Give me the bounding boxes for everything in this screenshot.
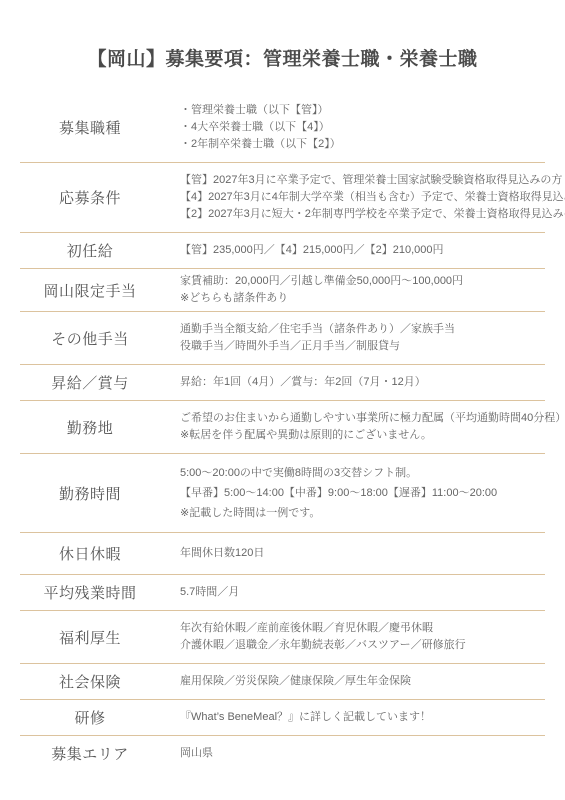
row-content: ご希望のお住まいから通勤しやすい事業所に極力配属（平均通勤時間40分程）※転居を… [160, 401, 565, 453]
row-content-line: 昇給：年1回（4月）／賞与：年2回（7月・12月） [180, 374, 545, 391]
row-content-line: 介護休暇／退職金／永年勤続表彰／バスツアー／研修旅行 [180, 637, 545, 654]
table-row: 休日休暇 年間休日数120日 [20, 533, 545, 575]
row-content-line: 【早番】5:00～14:00【中番】9:00～18:00【遅番】11:00～20… [180, 483, 545, 503]
row-content-line: 役職手当／時間外手当／正月手当／制服貸与 [180, 338, 545, 355]
table-row: 勤務地 ご希望のお住まいから通勤しやすい事業所に極力配属（平均通勤時間40分程）… [20, 401, 545, 454]
row-content-line: ・管理栄養士職（以下【管】） [180, 102, 545, 119]
table-row: 岡山限定手当 家賃補助：20,000円／引越し準備金50,000円～100,00… [20, 269, 545, 312]
row-label: 平均残業時間 [20, 575, 160, 610]
row-content-line: ※記載した時間は一例です。 [180, 503, 545, 523]
row-content-line: 5.7時間／月 [180, 584, 545, 601]
job-requirements-page: 【岡山】募集要項：管理栄養士職・栄養士職 募集職種 ・管理栄養士職（以下【管】）… [0, 0, 565, 800]
table-row: 昇給／賞与 昇給：年1回（4月）／賞与：年2回（7月・12月） [20, 365, 545, 401]
row-label: 福利厚生 [20, 611, 160, 663]
table-row: 募集エリア 岡山県 [20, 736, 545, 771]
row-content: 通勤手当全額支給／住宅手当（諸条件あり）／家族手当役職手当／時間外手当／正月手当… [160, 312, 545, 364]
row-content-line: ・4大卒栄養士職（以下【4】） [180, 119, 545, 136]
row-content-line: 雇用保険／労災保険／健康保険／厚生年金保険 [180, 673, 545, 690]
row-label: 募集エリア [20, 736, 160, 771]
row-content-line: 年間休日数120日 [180, 545, 545, 562]
requirements-table: 募集職種 ・管理栄養士職（以下【管】）・4大卒栄養士職（以下【4】）・2年制卒栄… [20, 93, 545, 771]
row-label: 社会保険 [20, 664, 160, 699]
row-content: 【管】235,000円／【4】215,000円／【2】210,000円 [160, 233, 545, 268]
table-row: 初任給 【管】235,000円／【4】215,000円／【2】210,000円 [20, 233, 545, 269]
row-content-line: 【管】235,000円／【4】215,000円／【2】210,000円 [180, 242, 545, 259]
table-row: その他手当 通勤手当全額支給／住宅手当（諸条件あり）／家族手当役職手当／時間外手… [20, 312, 545, 365]
table-row: 応募条件 【管】2027年3月に卒業予定で、管理栄養士国家試験受験資格取得見込み… [20, 163, 545, 233]
row-content-line: ※転居を伴う配属や異動は原則的にございません。 [180, 427, 565, 444]
row-content: 家賃補助：20,000円／引越し準備金50,000円～100,000円※どちらも… [160, 269, 545, 311]
row-content: 5:00～20:00の中で実働8時間の3交替シフト制。【早番】5:00～14:0… [160, 454, 545, 532]
row-label: 初任給 [20, 233, 160, 268]
row-label: 昇給／賞与 [20, 365, 160, 400]
row-content-line: 年次有給休暇／産前産後休暇／育児休暇／慶弔休暇 [180, 620, 545, 637]
table-row: 募集職種 ・管理栄養士職（以下【管】）・4大卒栄養士職（以下【4】）・2年制卒栄… [20, 93, 545, 163]
row-label: 研修 [20, 700, 160, 735]
row-content-line: 岡山県 [180, 745, 545, 762]
table-row: 研修 『What’s BeneMeal？』に詳しく記載しています！ [20, 700, 545, 736]
row-content: 【管】2027年3月に卒業予定で、管理栄養士国家試験受験資格取得見込みの方【4】… [160, 163, 565, 232]
table-row: 福利厚生 年次有給休暇／産前産後休暇／育児休暇／慶弔休暇介護休暇／退職金／永年勤… [20, 611, 545, 664]
row-content-line: 通勤手当全額支給／住宅手当（諸条件あり）／家族手当 [180, 321, 545, 338]
page-title: 【岡山】募集要項：管理栄養士職・栄養士職 [0, 0, 565, 93]
row-label: 勤務地 [20, 401, 160, 453]
row-content-line: ・2年制卒栄養士職（以下【2】） [180, 136, 545, 153]
row-content: 5.7時間／月 [160, 575, 545, 610]
row-content: 年間休日数120日 [160, 533, 545, 574]
row-label: 応募条件 [20, 163, 160, 232]
row-content-line: 5:00～20:00の中で実働8時間の3交替シフト制。 [180, 463, 545, 483]
row-content: 年次有給休暇／産前産後休暇／育児休暇／慶弔休暇介護休暇／退職金／永年勤続表彰／バ… [160, 611, 545, 663]
row-content-line: ご希望のお住まいから通勤しやすい事業所に極力配属（平均通勤時間40分程） [180, 410, 565, 427]
row-content-line: 『What’s BeneMeal？』に詳しく記載しています！ [180, 709, 545, 726]
row-label: 休日休暇 [20, 533, 160, 574]
row-content-line: 【管】2027年3月に卒業予定で、管理栄養士国家試験受験資格取得見込みの方 [180, 172, 565, 189]
row-label: その他手当 [20, 312, 160, 364]
row-content: 雇用保険／労災保険／健康保険／厚生年金保険 [160, 664, 545, 699]
table-row: 勤務時間 5:00～20:00の中で実働8時間の3交替シフト制。【早番】5:00… [20, 454, 545, 533]
row-label: 勤務時間 [20, 454, 160, 532]
row-content: 昇給：年1回（4月）／賞与：年2回（7月・12月） [160, 365, 545, 400]
row-label: 岡山限定手当 [20, 269, 160, 311]
row-content: 岡山県 [160, 736, 545, 771]
row-content-line: 【2】2027年3月に短大・2年制専門学校を卒業予定で、栄養士資格取得見込みの方 [180, 206, 565, 223]
row-content: ・管理栄養士職（以下【管】）・4大卒栄養士職（以下【4】）・2年制卒栄養士職（以… [160, 93, 545, 162]
row-content: 『What’s BeneMeal？』に詳しく記載しています！ [160, 700, 545, 735]
table-row: 平均残業時間 5.7時間／月 [20, 575, 545, 611]
table-row: 社会保険 雇用保険／労災保険／健康保険／厚生年金保険 [20, 664, 545, 700]
row-content-line: ※どちらも諸条件あり [180, 290, 545, 307]
row-content-line: 家賃補助：20,000円／引越し準備金50,000円～100,000円 [180, 273, 545, 290]
row-content-line: 【4】2027年3月に4年制大学卒業（相当も含む）予定で、栄養士資格取得見込みの… [180, 189, 565, 206]
row-label: 募集職種 [20, 93, 160, 162]
